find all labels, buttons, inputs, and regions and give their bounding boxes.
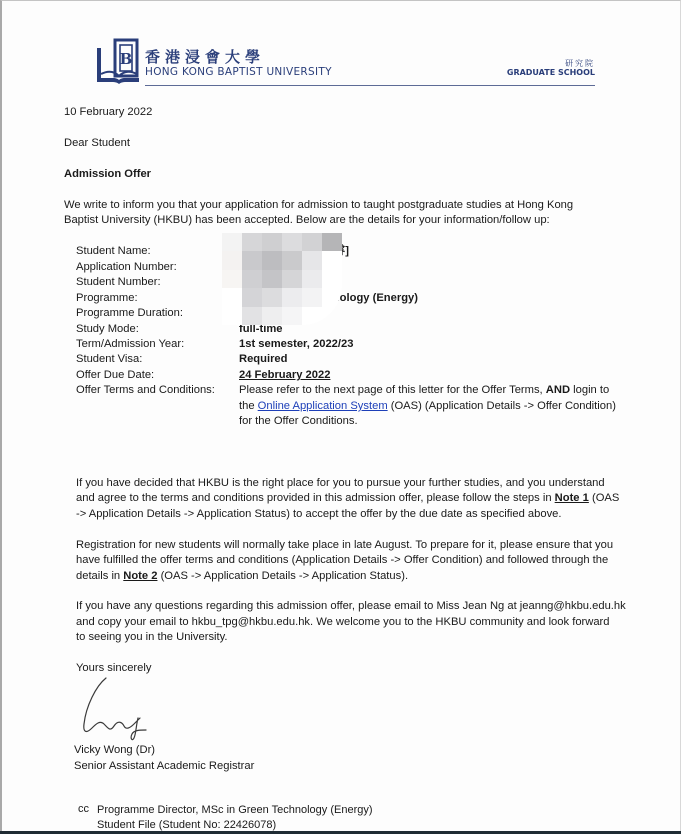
offer-terms-line-2: the Online Application System (OAS) (App… <box>239 399 616 414</box>
letterhead: B 香港浸會大學 HONG KONG BAPTIST UNIVERSITY 研究… <box>95 38 595 88</box>
letter-date: 10 February 2022 <box>64 105 152 120</box>
university-name-chinese: 香港浸會大學 <box>145 46 265 67</box>
cc-item: Student File (Student No: 22426078) <box>97 818 373 833</box>
online-application-system-link[interactable]: Online Application System <box>258 400 388 412</box>
redaction-mosaic <box>222 233 342 325</box>
svg-text:B: B <box>120 50 133 68</box>
note-1-reference: Note 1 <box>555 492 589 504</box>
letterhead-divider <box>145 85 595 86</box>
signatory-name: Vicky Wong (Dr) <box>74 743 155 758</box>
intro-line-2: Baptist University (HKBU) has been accep… <box>64 213 550 228</box>
note-2-reference: Note 2 <box>123 570 157 582</box>
para3-line-2: and copy your email to hkbu_tpg@hkbu.edu… <box>76 615 610 630</box>
para1-line-3: -> Application Details -> Application St… <box>76 507 562 522</box>
offer-terms-line-3: for the Offer Conditions. <box>239 414 358 429</box>
para2-line-1: Registration for new students will norma… <box>76 538 613 553</box>
para1-line-2: and agree to the terms and conditions pr… <box>76 491 619 506</box>
signatory-title: Senior Assistant Academic Registrar <box>74 759 254 774</box>
salutation: Dear Student <box>64 136 130 151</box>
graduate-school-english: GRADUATE SCHOOL <box>507 68 595 77</box>
cc-item: Programme Director, MSc in Green Technol… <box>97 803 373 818</box>
university-name-english: HONG KONG BAPTIST UNIVERSITY <box>145 66 332 78</box>
para2-line-3: details in Note 2 (OAS -> Application De… <box>76 569 408 584</box>
para2-line-2: have fulfilled the offer terms and condi… <box>76 553 608 568</box>
hkbu-logo-icon: B <box>95 38 141 86</box>
cc-label: cc <box>78 803 89 815</box>
para3-line-3: to seeing you in the University. <box>76 630 228 645</box>
para1-line-1: If you have decided that HKBU is the rig… <box>76 476 605 491</box>
signature-icon <box>78 676 158 742</box>
para3-line-1: If you have any questions regarding this… <box>76 599 626 614</box>
intro-line-1: We write to inform you that your applica… <box>64 198 573 213</box>
cc-list: Programme Director, MSc in Green Technol… <box>97 803 373 832</box>
offer-terms-line-1: Please refer to the next page of this le… <box>239 383 609 398</box>
closing: Yours sincerely <box>76 661 151 676</box>
letter-subject: Admission Offer <box>64 167 151 182</box>
